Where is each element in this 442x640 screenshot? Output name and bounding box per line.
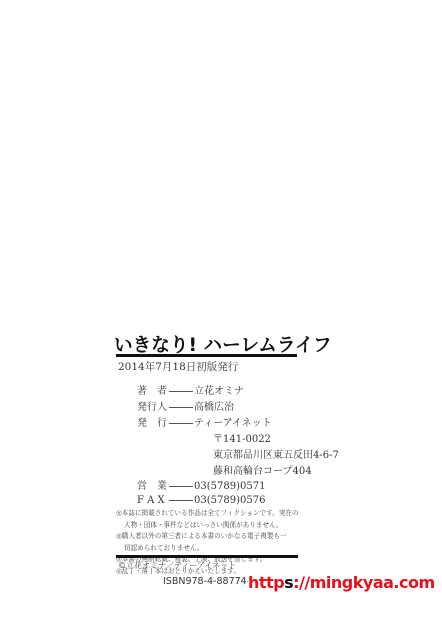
contact-label: 営 業 [137, 480, 168, 494]
dash-separator [169, 500, 193, 501]
watermark-prefix: http [248, 573, 284, 592]
note-line: ◎本誌に掲載されている作品は全てフィクションです。実在の [116, 508, 316, 520]
credit-label: 発行人 [137, 401, 168, 415]
credit-value: 立花オミナ [194, 385, 244, 399]
watermark-url: https://mingkyaa.com [248, 573, 435, 592]
credit-label: 発 行 [137, 417, 168, 431]
address-postal: 〒141-0022 [213, 433, 271, 447]
note-line: 人物・団体・事件などはいっさい関係がありません。 [116, 520, 316, 532]
first-edition-date: 2014年7月18日初版発行 [118, 359, 238, 374]
note-line: 切認められておりません。 [116, 543, 316, 555]
credit-publisher: 発 行ティーアイネット [137, 417, 272, 431]
address-line2: 藤和高輪台コープ404 [213, 465, 312, 479]
watermark-s: s [284, 573, 293, 592]
credit-author: 著 者立花オミナ [137, 385, 244, 399]
credit-label: 著 者 [137, 385, 168, 399]
credit-publisher-person: 発行人高橋広治 [137, 401, 234, 415]
dash-separator [169, 423, 193, 424]
note-line: ◎購入者以外の第三者による本書のいかなる電子複製も一 [116, 531, 316, 543]
dash-separator [169, 407, 193, 408]
contact-sales: 営 業03(5789)0571 [137, 480, 265, 494]
bottom-rule [116, 555, 298, 558]
title-underline [116, 354, 297, 357]
isbn: ISBN978-4-88774- [163, 576, 250, 587]
credit-value: 高橋広治 [194, 401, 234, 415]
contact-label: F A X [137, 494, 168, 508]
contact-fax: F A X03(5789)0576 [137, 494, 265, 508]
contact-value: 03(5789)0576 [194, 494, 265, 508]
credit-value: ティーアイネット [194, 417, 272, 431]
contact-value: 03(5789)0571 [194, 480, 265, 494]
copyright: ©立花オミナ／ティーアイネット [118, 560, 236, 571]
book-title: いきなり! ハーレムライフ [114, 330, 300, 357]
watermark-suffix: ://mingkyaa.com [293, 573, 434, 592]
dash-separator [169, 486, 193, 487]
dash-separator [169, 391, 193, 392]
address-line1: 東京都品川区東五反田4-6-7 [213, 449, 339, 463]
